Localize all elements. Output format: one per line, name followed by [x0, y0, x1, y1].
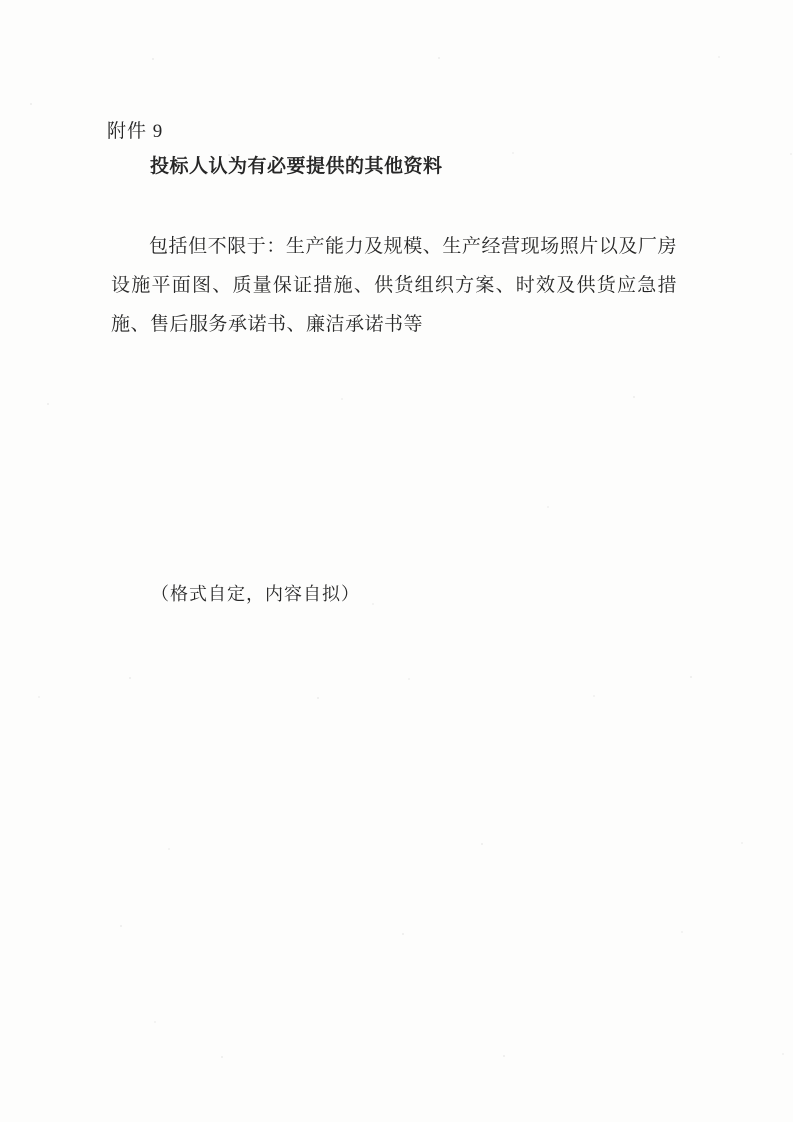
document-title: 投标人认为有必要提供的其他资料: [150, 151, 443, 178]
format-note: （格式自定，内容自拟）: [151, 580, 360, 606]
body-paragraph: 包括但不限于：生产能力及规模、生产经营现场照片以及厂房设施平面图、质量保证措施、…: [111, 227, 677, 344]
scanned-document-page: 附件 9 投标人认为有必要提供的其他资料 包括但不限于：生产能力及规模、生产经营…: [0, 0, 793, 1122]
scan-noise-speckles: [0, 0, 2, 2]
attachment-label: 附件 9: [107, 116, 163, 143]
